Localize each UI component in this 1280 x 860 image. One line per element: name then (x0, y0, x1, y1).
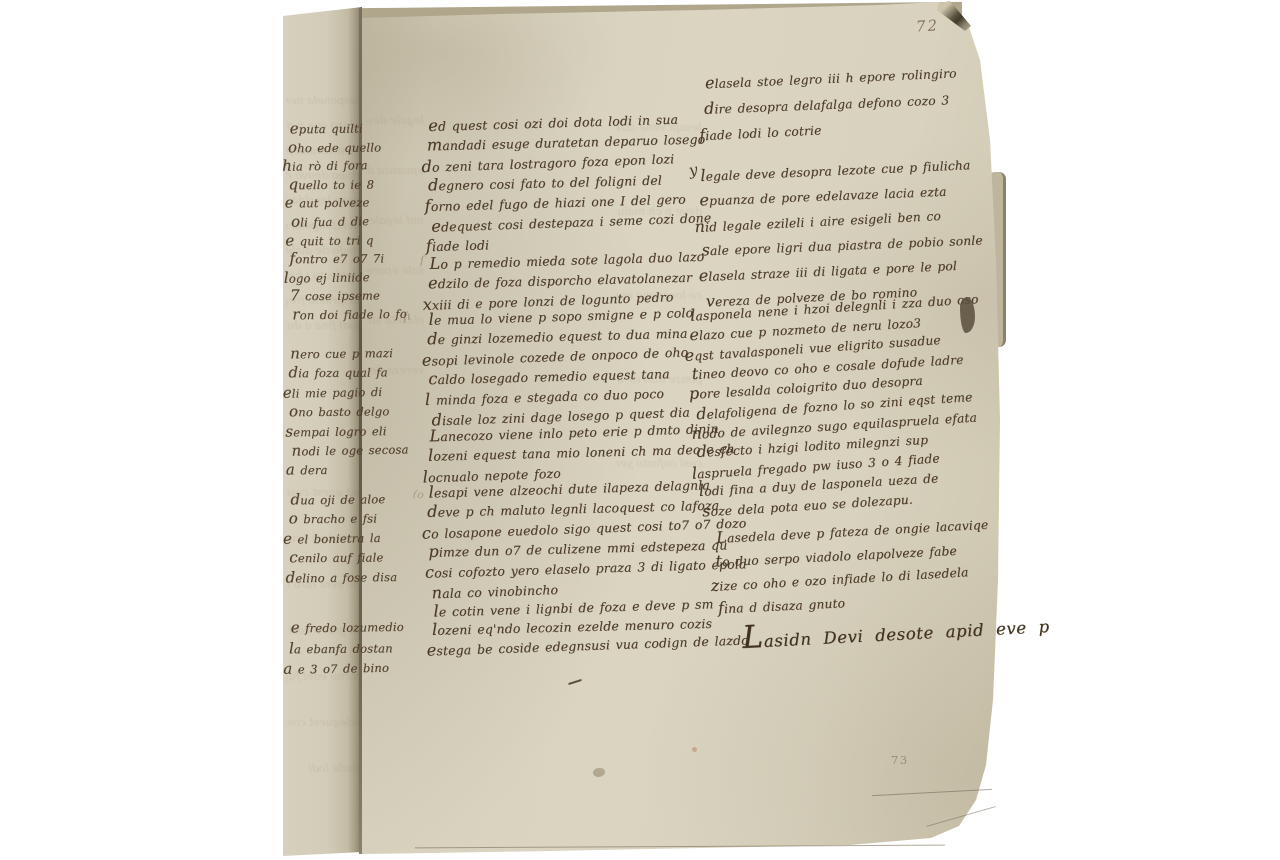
left-page-text-block: nero cue p mazidia foza qual faeli mie p… (284, 343, 362, 480)
paragraph: lasponela nene i hzoi delegnli i zza duo… (684, 289, 991, 522)
paragraph: le mua lo viene p sopo smigne e p colode… (422, 302, 696, 430)
text-line: cenilo auf fiale (289, 548, 361, 568)
text-line: e quit to tri q (285, 231, 361, 251)
text-line: oho ede quello (288, 138, 360, 157)
text-line: ono basto delgo (289, 402, 361, 422)
text-line: eli mie pagio di (283, 382, 361, 403)
text-line: delino a fose disa (285, 567, 361, 587)
text-line: e el bonietra la (283, 528, 361, 549)
text-line: e fredo lozumedio (291, 617, 361, 638)
margin-mark: ſı (402, 309, 412, 323)
text-line: ron doi fiade lo fo (292, 305, 362, 325)
text-line: eputa quilti (290, 119, 360, 139)
text-line: la ebanfa dostan (289, 638, 361, 659)
paper-stain (692, 747, 697, 752)
margin-mark: (o (412, 487, 425, 501)
text-line: nero cue p mazi (290, 343, 360, 363)
text-line: dua oji de aloe (290, 489, 360, 509)
text-line: hia rò di fora (282, 156, 360, 176)
text-line: o bracho e fsi (289, 509, 361, 529)
showthrough-folio-number: 73 (891, 753, 909, 767)
paragraph: legale deve desopra lezote cue p fiulich… (694, 152, 986, 314)
paragraph: le cotin vene i lignbi de foza e deve p … (427, 593, 749, 659)
text-line: 7 cose ipseme (290, 287, 362, 306)
margin-mark: ſ (420, 254, 424, 267)
text-line: a dera (286, 460, 362, 480)
text-line: quello to ie 8 (288, 175, 360, 194)
left-page-text-block: dua oji de aloeo bracho e fsie el boniet… (284, 489, 361, 587)
text-line: dia foza qual fa (288, 363, 360, 383)
paragraph: ed quest cosi ozi doi dota lodi in suama… (422, 108, 712, 256)
manuscript-photo: lasponela nene i hzoi delegnli i zza duo… (0, 0, 1280, 860)
text-line: e aut polveze (285, 194, 361, 214)
text-line: logo ej liniide (284, 268, 362, 288)
left-page-text-block: eputa quiltioho ede quellohia rò di fora… (284, 119, 363, 325)
left-page-text-block: e fredo lozumediola ebanfa dostana e 3 o… (285, 617, 362, 680)
paragraph: elasela stoe legro iii h epore rolingiro… (698, 60, 959, 148)
text-line: sempai logro eli (285, 421, 361, 441)
folio-number: 72 (915, 16, 939, 36)
text-line: fontro e7 o7 7i (289, 250, 361, 269)
text-line: a e 3 o7 de bino (283, 658, 361, 680)
text-line: nodi le oge secosa (291, 440, 361, 461)
paragraph: Lasedela deve p fateza de ongie lacaviqe… (710, 513, 993, 621)
text-line: oli fua d die (291, 212, 361, 232)
